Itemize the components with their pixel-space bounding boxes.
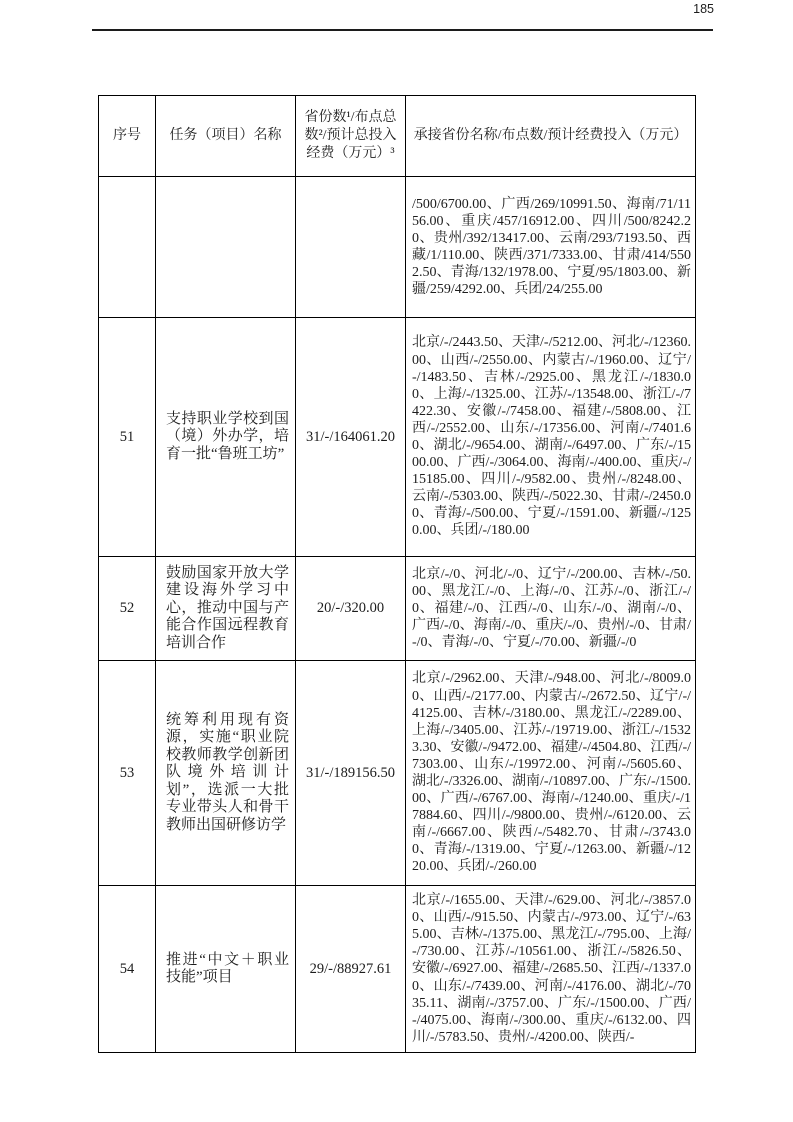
cell-province-detail: /500/6700.00、广西/269/10991.50、海南/71/1156.… xyxy=(406,177,696,318)
table-row-continuation: /500/6700.00、广西/269/10991.50、海南/71/1156.… xyxy=(99,177,696,318)
page-number: 185 xyxy=(693,2,714,16)
cell-serial-number: 51 xyxy=(99,318,156,557)
cell-serial-number: 52 xyxy=(99,557,156,661)
cell-serial-number xyxy=(99,177,156,318)
cell-province-totals: 31/-/189156.50 xyxy=(296,661,406,886)
cell-province-detail: 北京/-/0、河北/-/0、辽宁/-/200.00、吉林/-/50.00、黑龙江… xyxy=(406,557,696,661)
header-task-name: 任务（项目）名称 xyxy=(156,96,296,177)
header-province-totals: 省份数¹/布点总数²/预计总投入经费（万元）³ xyxy=(296,96,406,177)
cell-province-totals xyxy=(296,177,406,318)
cell-task-name: 统筹利用现有资源，实施“职业院校教师教学创新团队境外培训计划”，选派一大批专业带… xyxy=(156,661,296,886)
header-rule xyxy=(92,29,713,31)
table-header-row: 序号 任务（项目）名称 省份数¹/布点总数²/预计总投入经费（万元）³ 承接省份… xyxy=(99,96,696,177)
header-serial-number: 序号 xyxy=(99,96,156,177)
cell-province-detail: 北京/-/1655.00、天津/-/629.00、河北/-/3857.00、山西… xyxy=(406,886,696,1053)
cell-task-name: 鼓励国家开放大学建设海外学习中心，推动中国与产能合作国远程教育培训合作 xyxy=(156,557,296,661)
cell-province-totals: 20/-/320.00 xyxy=(296,557,406,661)
table-row-52: 52 鼓励国家开放大学建设海外学习中心，推动中国与产能合作国远程教育培训合作 2… xyxy=(99,557,696,661)
cell-task-name: 推进“中文＋职业技能”项目 xyxy=(156,886,296,1053)
cell-serial-number: 54 xyxy=(99,886,156,1053)
cell-province-detail: 北京/-/2443.50、天津/-/5212.00、河北/-/12360.00、… xyxy=(406,318,696,557)
document-page: 185 序号 任务（项目）名称 省份数¹/布点总数²/预计总投入经费（万元）³ … xyxy=(0,0,793,1122)
cell-task-name: 支持职业学校到国（境）外办学，培育一批“鲁班工坊” xyxy=(156,318,296,557)
cell-serial-number: 53 xyxy=(99,661,156,886)
cell-province-totals: 31/-/164061.20 xyxy=(296,318,406,557)
table-row-54: 54 推进“中文＋职业技能”项目 29/-/88927.61 北京/-/1655… xyxy=(99,886,696,1053)
table-row-53: 53 统筹利用现有资源，实施“职业院校教师教学创新团队境外培训计划”，选派一大批… xyxy=(99,661,696,886)
cell-province-totals: 29/-/88927.61 xyxy=(296,886,406,1053)
cell-task-name xyxy=(156,177,296,318)
cell-province-detail: 北京/-/2962.00、天津/-/948.00、河北/-/8009.00、山西… xyxy=(406,661,696,886)
header-province-detail: 承接省份名称/布点数/预计经费投入（万元） xyxy=(406,96,696,177)
table-row-51: 51 支持职业学校到国（境）外办学，培育一批“鲁班工坊” 31/-/164061… xyxy=(99,318,696,557)
allocation-table: 序号 任务（项目）名称 省份数¹/布点总数²/预计总投入经费（万元）³ 承接省份… xyxy=(98,95,696,1053)
